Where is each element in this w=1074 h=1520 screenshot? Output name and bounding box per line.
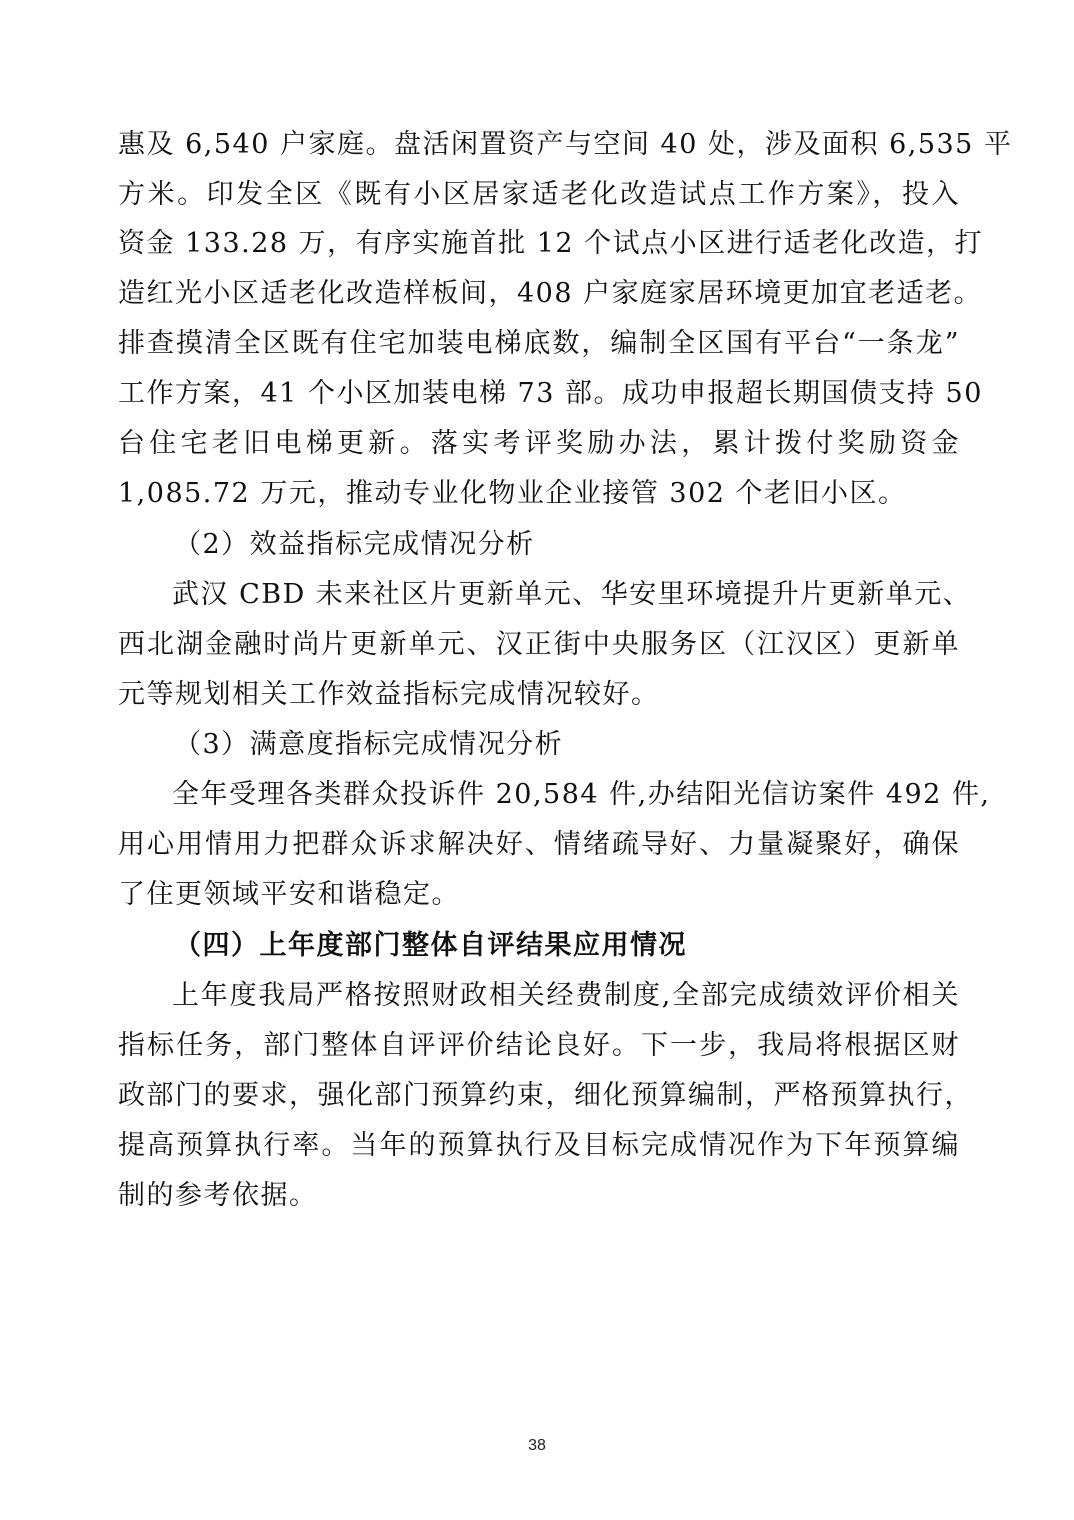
paragraph-line: 排查摸清全区既有住宅加装电梯底数，编制全区国有平台“一条龙”	[118, 326, 960, 362]
paragraph-line: 全年受理各类群众投诉件 20,584 件,办结阳光信访案件 492 件,	[172, 777, 960, 813]
paragraph-line: 政部门的要求，强化部门预算约束，细化预算编制，严格预算执行，	[118, 1078, 960, 1114]
paragraph-line: 西北湖金融时尚片更新单元、汉正街中央服务区（江汉区）更新单	[118, 627, 960, 663]
section-heading-self-evaluation-application: （四）上年度部门整体自评结果应用情况	[174, 928, 1016, 964]
paragraph-line: 1,085.72 万元，推动专业化物业企业接管 302 个老旧小区。	[118, 476, 960, 512]
document-page: 惠及 6,540 户家庭。盘活闲置资产与空间 40 处，涉及面积 6,535 平…	[0, 0, 1074, 1520]
paragraph-line: 了住更领域平安和谐稳定。	[118, 877, 960, 913]
paragraph-line: 提高预算执行率。当年的预算执行及目标完成情况作为下年预算编	[118, 1128, 960, 1164]
paragraph-line: 资金 133.28 万，有序实施首批 12 个试点小区进行适老化改造，打	[118, 226, 960, 262]
paragraph-line: 工作方案，41 个小区加装电梯 73 部。成功申报超长期国债支持 50	[118, 376, 960, 412]
section-heading-benefit-indicators: （2）效益指标完成情况分析	[174, 527, 1016, 563]
paragraph-line: 武汉 CBD 未来社区片更新单元、华安里环境提升片更新单元、	[172, 577, 960, 613]
paragraph-line: 指标任务，部门整体自评评价结论良好。下一步，我局将根据区财	[118, 1028, 960, 1064]
section-heading-satisfaction-indicators: （3）满意度指标完成情况分析	[174, 727, 1016, 763]
paragraph-line: 惠及 6,540 户家庭。盘活闲置资产与空间 40 处，涉及面积 6,535 平	[118, 127, 960, 163]
paragraph-line: 元等规划相关工作效益指标完成情况较好。	[118, 677, 960, 713]
paragraph-line: 台住宅老旧电梯更新。落实考评奖励办法，累计拨付奖励资金	[118, 426, 960, 462]
page-number: 38	[0, 1437, 1074, 1455]
paragraph-line: 上年度我局严格按照财政相关经费制度,全部完成绩效评价相关	[172, 978, 960, 1014]
paragraph-line: 造红光小区适老化改造样板间，408 户家庭家居环境更加宜老适老。	[118, 276, 960, 312]
paragraph-line: 制的参考依据。	[118, 1178, 960, 1214]
paragraph-line: 方米。印发全区《既有小区居家适老化改造试点工作方案》，投入	[118, 177, 960, 213]
paragraph-line: 用心用情用力把群众诉求解决好、情绪疏导好、力量凝聚好，确保	[118, 827, 960, 863]
